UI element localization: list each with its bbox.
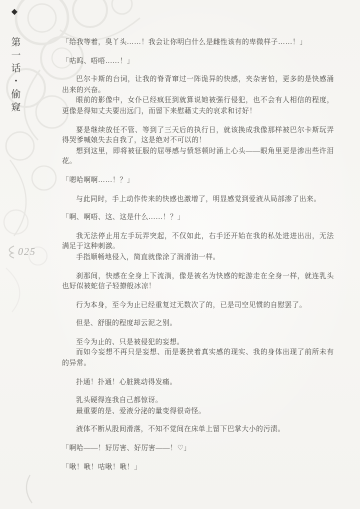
dialogue-line: 「啊、啊唔、这、这是什么……！？」 <box>62 212 334 223</box>
narrative-paragraph: 而如今妄想不再只是妄想、而是裹挟着真实感的现实、我的身体出现了前所未有的异常。 <box>62 347 334 368</box>
narrative-paragraph: 想到这里，即将被征服的屈辱感与愤怒顿时涌上心头——眼角里更是渗出些许泪花。 <box>62 146 334 167</box>
narrative-paragraph: 最重要的是、爱液分泌的量变得很奇怪。 <box>62 406 334 417</box>
narrative-paragraph: 刹那间，快感在全身上下流淌，像是被名为快感的蛇游走在全身一样，就连乳头也好似被蛇… <box>62 271 334 292</box>
dialogue-line: 「给我等着，臭丫头……！我会让你明白什么是雌性该有的卑微样子……！」 <box>62 37 334 48</box>
page-number: 025 <box>18 247 36 258</box>
narrative-paragraph: 行为本身，至今为止已经重复过无数次了的，已是司空见惯的自慰罢了。 <box>62 300 334 311</box>
dialogue-line: 「啾！啾！咕啾！啾！」 <box>62 462 334 473</box>
page-number-flourish-icon <box>4 244 16 260</box>
narrative-paragraph: 乳头硬得连我自己都惊讶。 <box>62 395 334 406</box>
narrative-paragraph: 要是继续放任不管、等到了三天后的执行日，就该换成我像那样被巴尔卡斯玩弄得哭爹喊娘… <box>62 125 334 146</box>
chapter-title: 第一话・偷窥 <box>9 37 19 115</box>
body-text: 「给我等着，臭丫头……！我会让你明白什么是雌性该有的卑微样子……！」 「咕呜、唔… <box>62 37 334 472</box>
novel-page: ◆ 第一话・偷窥 025 「给我等着，臭丫头……！我会让你明白什么是雌性该有的卑… <box>0 0 360 509</box>
narrative-paragraph: 与此同时，手上动作传来的快感也激增了，明显感觉到爱液从局部渗了出来。 <box>62 194 334 205</box>
narrative-paragraph: 液体不断从股间滑落，不知不觉间在床单上留下巴掌大小的污渍。 <box>62 424 334 435</box>
dialogue-line: 「嗯哈啊啊……！？」 <box>62 175 334 186</box>
dialogue-line: 「啊哈——！好厉害、好厉害——！♡」 <box>62 443 334 454</box>
narrative-paragraph: 巴尔卡斯的台词，让我的脊背窜过一阵诡异的快感，夹杂害怕，更多的是快感涌出来的兴奋… <box>62 74 334 95</box>
dialogue-line: 「咕呜、唔唔……！」 <box>62 56 334 67</box>
diamond-icon: ◆ <box>10 7 19 16</box>
narrative-paragraph: 手指顺畅地侵入，简直就像涂了润滑油一样。 <box>62 252 334 263</box>
narrative-paragraph: 我无法停止用左手玩弄突起，不仅如此，右手还开始在我的私处进进出出，无法满足于这种… <box>62 231 334 252</box>
bottom-flourish-decoration <box>0 469 50 509</box>
narrative-paragraph: 至今为止的、只是被侵犯的妄想。 <box>62 337 334 348</box>
narrative-paragraph: 但是、舒服的程度却云泥之别。 <box>62 318 334 329</box>
chapter-heading: ◆ 第一话・偷窥 <box>5 7 23 115</box>
page-number-block: 025 <box>4 244 36 260</box>
narrative-paragraph: 扑通！扑通！心脏跳动得发痛。 <box>62 377 334 388</box>
narrative-paragraph: 眼前的影像中，女仆已经疯狂到就算说她被强行侵犯，也不会有人相信的程度，更像是得知… <box>62 95 334 116</box>
